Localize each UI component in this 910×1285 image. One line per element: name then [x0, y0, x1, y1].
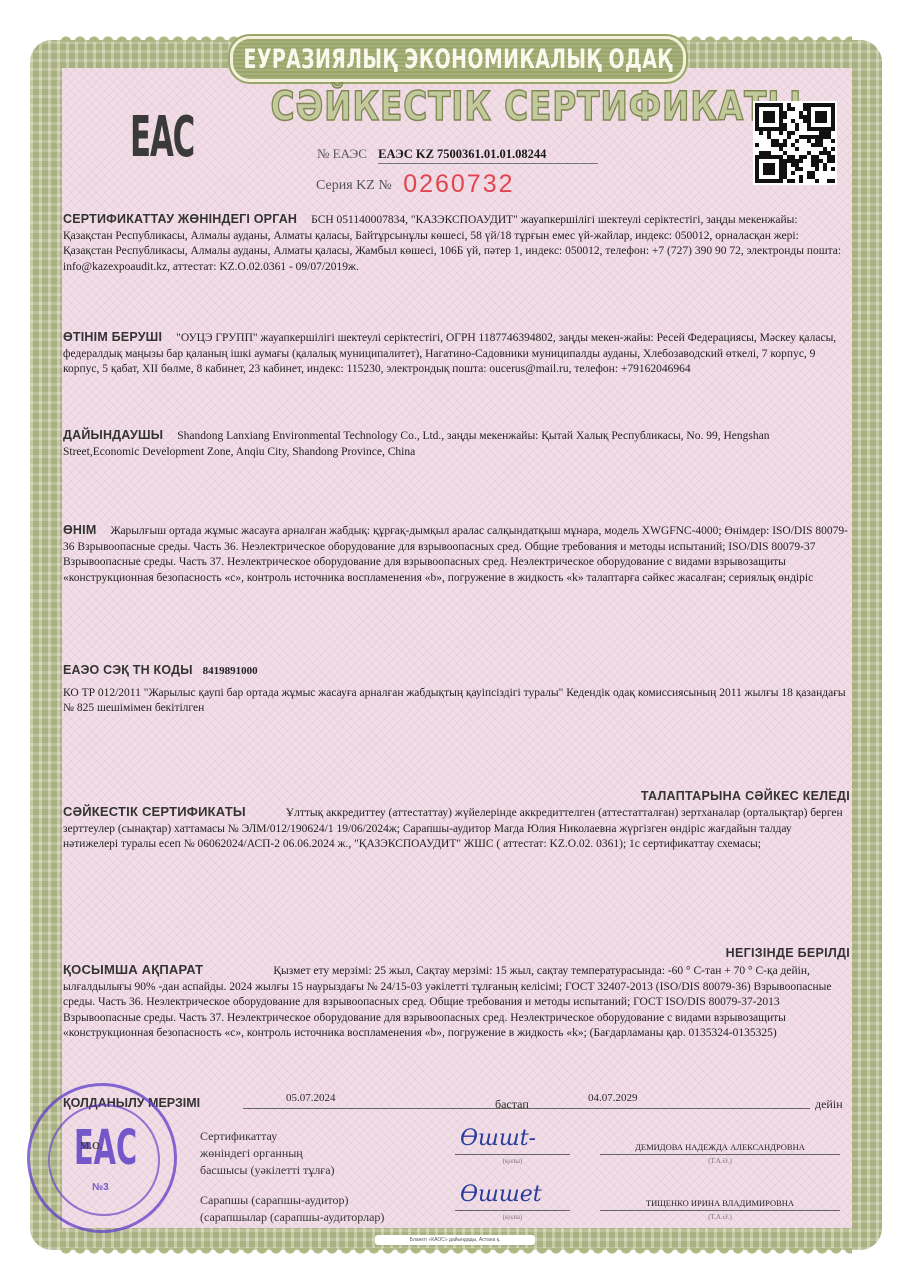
- role-line: басшысы (уәкілетті тұлға): [200, 1162, 335, 1179]
- manufacturer-label: ДАЙЫНДАУШЫ: [63, 428, 163, 442]
- hs-code-value: 8419891000: [203, 665, 258, 677]
- signatory-role-expert: Сарапшы (сарапшы-аудитор) (сарапшылар (с…: [200, 1192, 384, 1226]
- validity-until-word: дейін: [815, 1097, 843, 1112]
- validity-end-date: 04.07.2029: [588, 1092, 638, 1104]
- hs-code-section: ЕАЭО СЭҚ ТН КОДЫ8419891000 КО ТР 012/201…: [63, 663, 848, 717]
- signatory-name: ТИЩЕНКО ИРИНА ВЛАДИМИРОВНА: [600, 1198, 840, 1208]
- printer-note: Бланкті «КАОС» дайындады, Астана қ.: [375, 1235, 535, 1245]
- series-label: Серия KZ №: [316, 178, 392, 193]
- signatory-name: ДЕМИДОВА НАДЕЖДА АЛЕКСАНДРОВНА: [600, 1142, 840, 1152]
- handwritten-signature-icon: Ѳшшt-: [460, 1126, 536, 1151]
- certification-body-label: СЕРТИФИКАТТАУ ЖӨНІНДЕГІ ОРГАН: [63, 212, 297, 226]
- signature-caption: (қолы): [455, 1213, 570, 1221]
- conformity-label: СӘЙКЕСТІК СЕРТИФИКАТЫ: [63, 804, 246, 819]
- signatory-role-head: Сертификаттау жөніндегі органның басшысы…: [200, 1128, 335, 1179]
- applicant-text: "ОУЦЭ ГРУПП" жауапкершілігі шектеулі сер…: [63, 332, 836, 375]
- name-caption: (Т.А.Ә.): [600, 1213, 840, 1221]
- role-line: Сертификаттау: [200, 1128, 335, 1145]
- hs-code-label: ЕАЭО СЭҚ ТН КОДЫ: [63, 663, 193, 677]
- signature-row-head: Сертификаттау жөніндегі органның басшысы…: [200, 1128, 840, 1178]
- validity-from-word: бастап: [495, 1097, 529, 1112]
- certificate-number: № ЕАЭС ЕАЭС KZ 7500361.01.01.08244: [317, 146, 598, 164]
- additional-info-right-heading: НЕГІЗІНДЕ БЕРІЛДІ: [726, 946, 850, 960]
- additional-info-section: ҚОСЫМША АҚПАРАТҚызмет ету мерзімі: 25 жы…: [63, 962, 848, 1042]
- union-banner-text: ЕУРАЗИЯЛЫҚ ЭКОНОМИКАЛЫҚ ОДАҚ: [244, 44, 673, 75]
- series-number-value: 0260732: [403, 170, 514, 198]
- series-number: Серия KZ № 0260732: [316, 170, 515, 199]
- product-label: ӨНІМ: [63, 523, 96, 537]
- product-text: Жарылғыш ортада жұмыс жасауға арналған ж…: [63, 525, 848, 584]
- stamp-number: №3: [92, 1182, 109, 1193]
- certificate-number-label: № ЕАЭС: [317, 146, 367, 161]
- certificate-number-value: ЕАЭС KZ 7500361.01.01.08244: [378, 147, 598, 164]
- name-line: [600, 1154, 840, 1155]
- name-caption: (Т.А.Ә.): [600, 1157, 840, 1165]
- regulation-text: КО ТР 012/2011 "Жарылыс қаупі бар ортада…: [63, 686, 848, 717]
- applicant-section: ӨТІНІМ БЕРУШІ"ОУЦЭ ГРУПП" жауапкершілігі…: [63, 330, 848, 378]
- name-line: [600, 1210, 840, 1211]
- manufacturer-section: ДАЙЫНДАУШЫShandong Lanxiang Environmenta…: [63, 428, 848, 460]
- signature-line: [455, 1154, 570, 1155]
- role-line: Сарапшы (сарапшы-аудитор): [200, 1192, 384, 1209]
- signature-line: [455, 1210, 570, 1211]
- qr-code-icon: [753, 101, 837, 185]
- certificate-title: СӘЙКЕСТІК СЕРТИФИКАТЫ: [271, 84, 640, 130]
- validity-period: ҚОЛДАНЫЛУ МЕРЗІМІ 05.07.2024 бастап 04.0…: [63, 1092, 848, 1116]
- official-stamp-icon: EAC М.О. №3: [27, 1083, 177, 1233]
- role-line: (сарапшылар (сарапшы-аудиторлар): [200, 1209, 384, 1226]
- handwritten-signature-icon: Ѳшшеt: [460, 1182, 542, 1207]
- conformity-right-heading: ТАЛАПТАРЫНА СӘЙКЕС КЕЛЕДІ: [641, 789, 850, 803]
- eac-logo-icon: EAC: [130, 110, 194, 166]
- role-line: жөніндегі органның: [200, 1145, 335, 1162]
- stamp-mo-mark: М.О.: [80, 1141, 102, 1152]
- additional-info-label: ҚОСЫМША АҚПАРАТ: [63, 962, 203, 977]
- signature-caption: (қолы): [455, 1157, 570, 1165]
- border-scallop-bottom: [60, 1248, 852, 1258]
- manufacturer-text: Shandong Lanxiang Environmental Technolo…: [63, 430, 769, 458]
- union-banner: ЕУРАЗИЯЛЫҚ ЭКОНОМИКАЛЫҚ ОДАҚ: [230, 36, 686, 82]
- applicant-label: ӨТІНІМ БЕРУШІ: [63, 330, 162, 344]
- product-section: ӨНІМЖарылғыш ортада жұмыс жасауға арналғ…: [63, 523, 848, 586]
- conformity-section: СӘЙКЕСТІК СЕРТИФИКАТЫҰлттық аккредиттеу …: [63, 804, 848, 853]
- validity-end-line: [538, 1108, 810, 1109]
- certification-body-section: СЕРТИФИКАТТАУ ЖӨНІНДЕГІ ОРГАНБСН 0511400…: [63, 212, 848, 275]
- validity-start-date: 05.07.2024: [286, 1092, 336, 1104]
